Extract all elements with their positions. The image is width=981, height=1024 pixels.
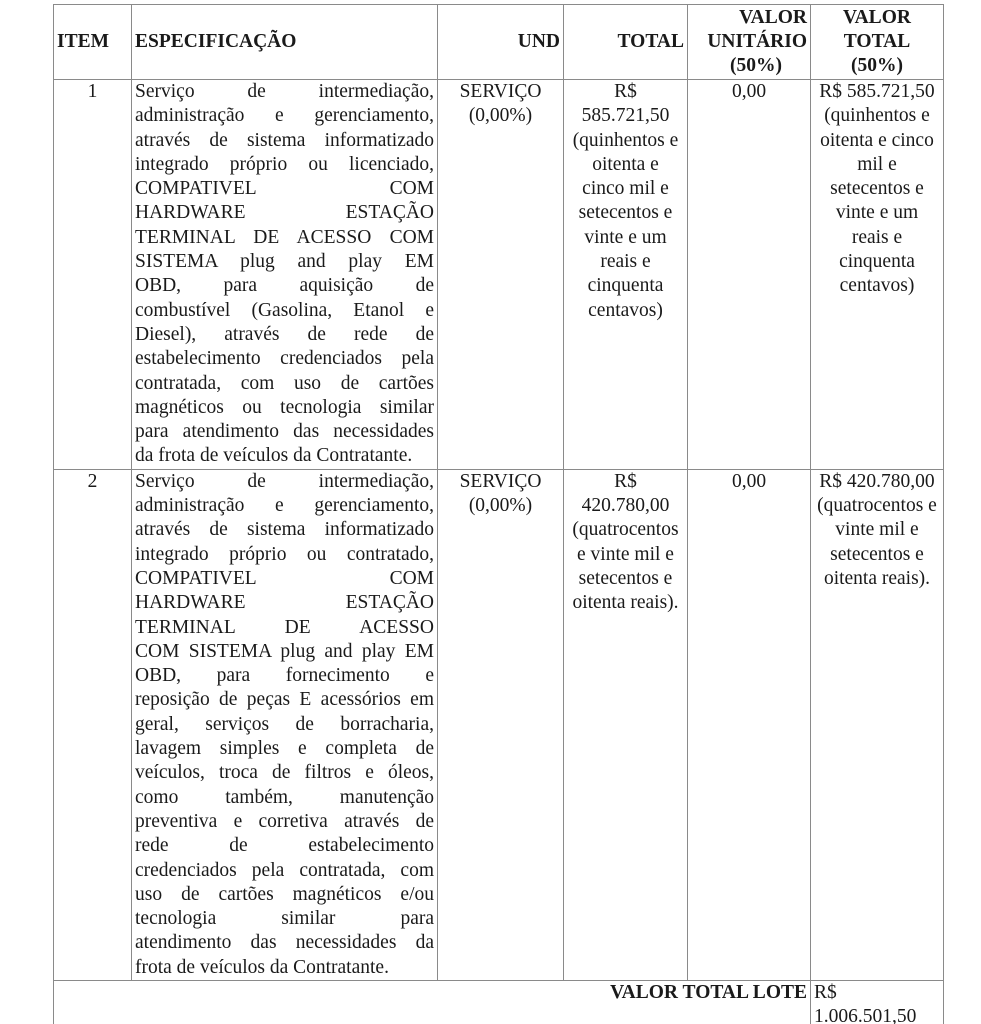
text-line: oitenta e cinco bbox=[814, 129, 940, 153]
item-number: 1 bbox=[54, 80, 132, 470]
text-line: setecentos e bbox=[814, 543, 940, 567]
text-line: lavagem simples e completa de bbox=[135, 737, 434, 761]
text-line: COM SISTEMA plug and play EM bbox=[135, 640, 434, 664]
price-table: ITEM ESPECIFICAÇÃO UND TOTAL VALOR UNITÁ… bbox=[53, 4, 944, 1024]
text-line: (quatrocentos bbox=[567, 518, 684, 542]
text-line: reais e bbox=[814, 226, 940, 250]
text-line: setecentos e bbox=[567, 567, 684, 591]
text-line: através de sistema informatizado bbox=[135, 129, 434, 153]
text-line: oitenta e bbox=[567, 153, 684, 177]
text-line: COMPATIVEL COM bbox=[135, 567, 434, 591]
text-line: veículos, troca de filtros e óleos, bbox=[135, 761, 434, 785]
text-line: estabelecimento credenciados pela bbox=[135, 347, 434, 371]
text-line: integrado próprio ou contratado, bbox=[135, 543, 434, 567]
header-item: ITEM bbox=[54, 5, 132, 80]
text-line: Serviço de intermediação, bbox=[135, 470, 434, 494]
text-line: frota de veículos da Contratante. bbox=[135, 956, 434, 980]
header-total: TOTAL bbox=[564, 5, 688, 80]
text-line: R$ bbox=[567, 470, 684, 494]
item-total-value: R$ 585.721,50(quinhentos eoitenta e cinc… bbox=[811, 80, 944, 470]
text-line: (quinhentos e bbox=[814, 104, 940, 128]
text-line: Diesel), através de rede de bbox=[135, 323, 434, 347]
item-unit-value: 0,00 bbox=[688, 80, 811, 470]
text-line: R$ bbox=[567, 80, 684, 104]
text-line: oitenta reais). bbox=[814, 567, 940, 591]
table-row: 2 Serviço de intermediação,administração… bbox=[54, 469, 944, 980]
item-unit-value: 0,00 bbox=[688, 469, 811, 980]
text-line: COMPATIVEL COM bbox=[135, 177, 434, 201]
text-line: credenciados pela contratada, com bbox=[135, 859, 434, 883]
text-line: através de sistema informatizado bbox=[135, 518, 434, 542]
text-line: reposição de peças E acessórios em bbox=[135, 688, 434, 712]
text-line: administração e gerenciamento, bbox=[135, 104, 434, 128]
item-total-value: R$ 420.780,00(quatrocentos evinte mil es… bbox=[811, 469, 944, 980]
text-line: cinco mil e bbox=[567, 177, 684, 201]
text-line: 420.780,00 bbox=[567, 494, 684, 518]
text-line: OBD, para aquisição de bbox=[135, 274, 434, 298]
header-und: UND bbox=[438, 5, 564, 80]
item-specification: Serviço de intermediação,administração e… bbox=[132, 469, 438, 980]
text-line: para atendimento das necessidades bbox=[135, 420, 434, 444]
text-line: (quinhentos e bbox=[567, 129, 684, 153]
text-line: SISTEMA plug and play EM bbox=[135, 250, 434, 274]
text-line: atendimento das necessidades da bbox=[135, 931, 434, 955]
text-line: oitenta reais). bbox=[567, 591, 684, 615]
header-row: ITEM ESPECIFICAÇÃO UND TOTAL VALOR UNITÁ… bbox=[54, 5, 944, 80]
text-line: setecentos e bbox=[814, 177, 940, 201]
text-line: R$ 420.780,00 bbox=[814, 470, 940, 494]
text-line: TERMINAL DE ACESSO COM bbox=[135, 226, 434, 250]
text-line: combustível (Gasolina, Etanol e bbox=[135, 299, 434, 323]
text-line: HARDWARE ESTAÇÃO bbox=[135, 201, 434, 225]
text-line: tecnologia similar para bbox=[135, 907, 434, 931]
text-line: (quatrocentos e bbox=[814, 494, 940, 518]
item-total: R$585.721,50(quinhentos eoitenta ecinco … bbox=[564, 80, 688, 470]
item-total: R$420.780,00(quatrocentose vinte mil ese… bbox=[564, 469, 688, 980]
total-label: VALOR TOTAL LOTE bbox=[54, 980, 811, 1024]
item-unit: SERVIÇO (0,00%) bbox=[438, 469, 564, 980]
text-line: contratada, com uso de cartões bbox=[135, 372, 434, 396]
text-line: geral, serviços de borracharia, bbox=[135, 713, 434, 737]
text-line: e vinte mil e bbox=[567, 543, 684, 567]
text-line: vinte e um bbox=[814, 201, 940, 225]
text-line: centavos) bbox=[814, 274, 940, 298]
text-line: TERMINAL DE ACESSO bbox=[135, 616, 434, 640]
text-line: vinte mil e bbox=[814, 518, 940, 542]
text-line: OBD, para fornecimento e bbox=[135, 664, 434, 688]
text-line: integrado próprio ou licenciado, bbox=[135, 153, 434, 177]
text-line: cinquenta bbox=[567, 274, 684, 298]
table-row: 1 Serviço de intermediação,administração… bbox=[54, 80, 944, 470]
item-specification: Serviço de intermediação,administração e… bbox=[132, 80, 438, 470]
text-line: HARDWARE ESTAÇÃO bbox=[135, 591, 434, 615]
text-line: cinquenta bbox=[814, 250, 940, 274]
header-spec: ESPECIFICAÇÃO bbox=[132, 5, 438, 80]
header-total-value: VALOR TOTAL (50%) bbox=[811, 5, 944, 80]
text-line: 585.721,50 bbox=[567, 104, 684, 128]
total-row: VALOR TOTAL LOTE R$ 1.006.501,50 bbox=[54, 980, 944, 1024]
total-value: R$ 1.006.501,50 bbox=[811, 980, 944, 1024]
text-line: vinte e um bbox=[567, 226, 684, 250]
text-line: magnéticos ou tecnologia similar bbox=[135, 396, 434, 420]
text-line: preventiva e corretiva através de bbox=[135, 810, 434, 834]
text-line: Serviço de intermediação, bbox=[135, 80, 434, 104]
text-line: como também, manutenção bbox=[135, 786, 434, 810]
header-unit-value: VALOR UNITÁRIO (50%) bbox=[688, 5, 811, 80]
text-line: centavos) bbox=[567, 299, 684, 323]
text-line: setecentos e bbox=[567, 201, 684, 225]
text-line: administração e gerenciamento, bbox=[135, 494, 434, 518]
item-unit: SERVIÇO (0,00%) bbox=[438, 80, 564, 470]
item-number: 2 bbox=[54, 469, 132, 980]
text-line: uso de cartões magnéticos e/ou bbox=[135, 883, 434, 907]
text-line: R$ 585.721,50 bbox=[814, 80, 940, 104]
text-line: mil e bbox=[814, 153, 940, 177]
text-line: da frota de veículos da Contratante. bbox=[135, 444, 434, 468]
text-line: reais e bbox=[567, 250, 684, 274]
text-line: rede de estabelecimento bbox=[135, 834, 434, 858]
